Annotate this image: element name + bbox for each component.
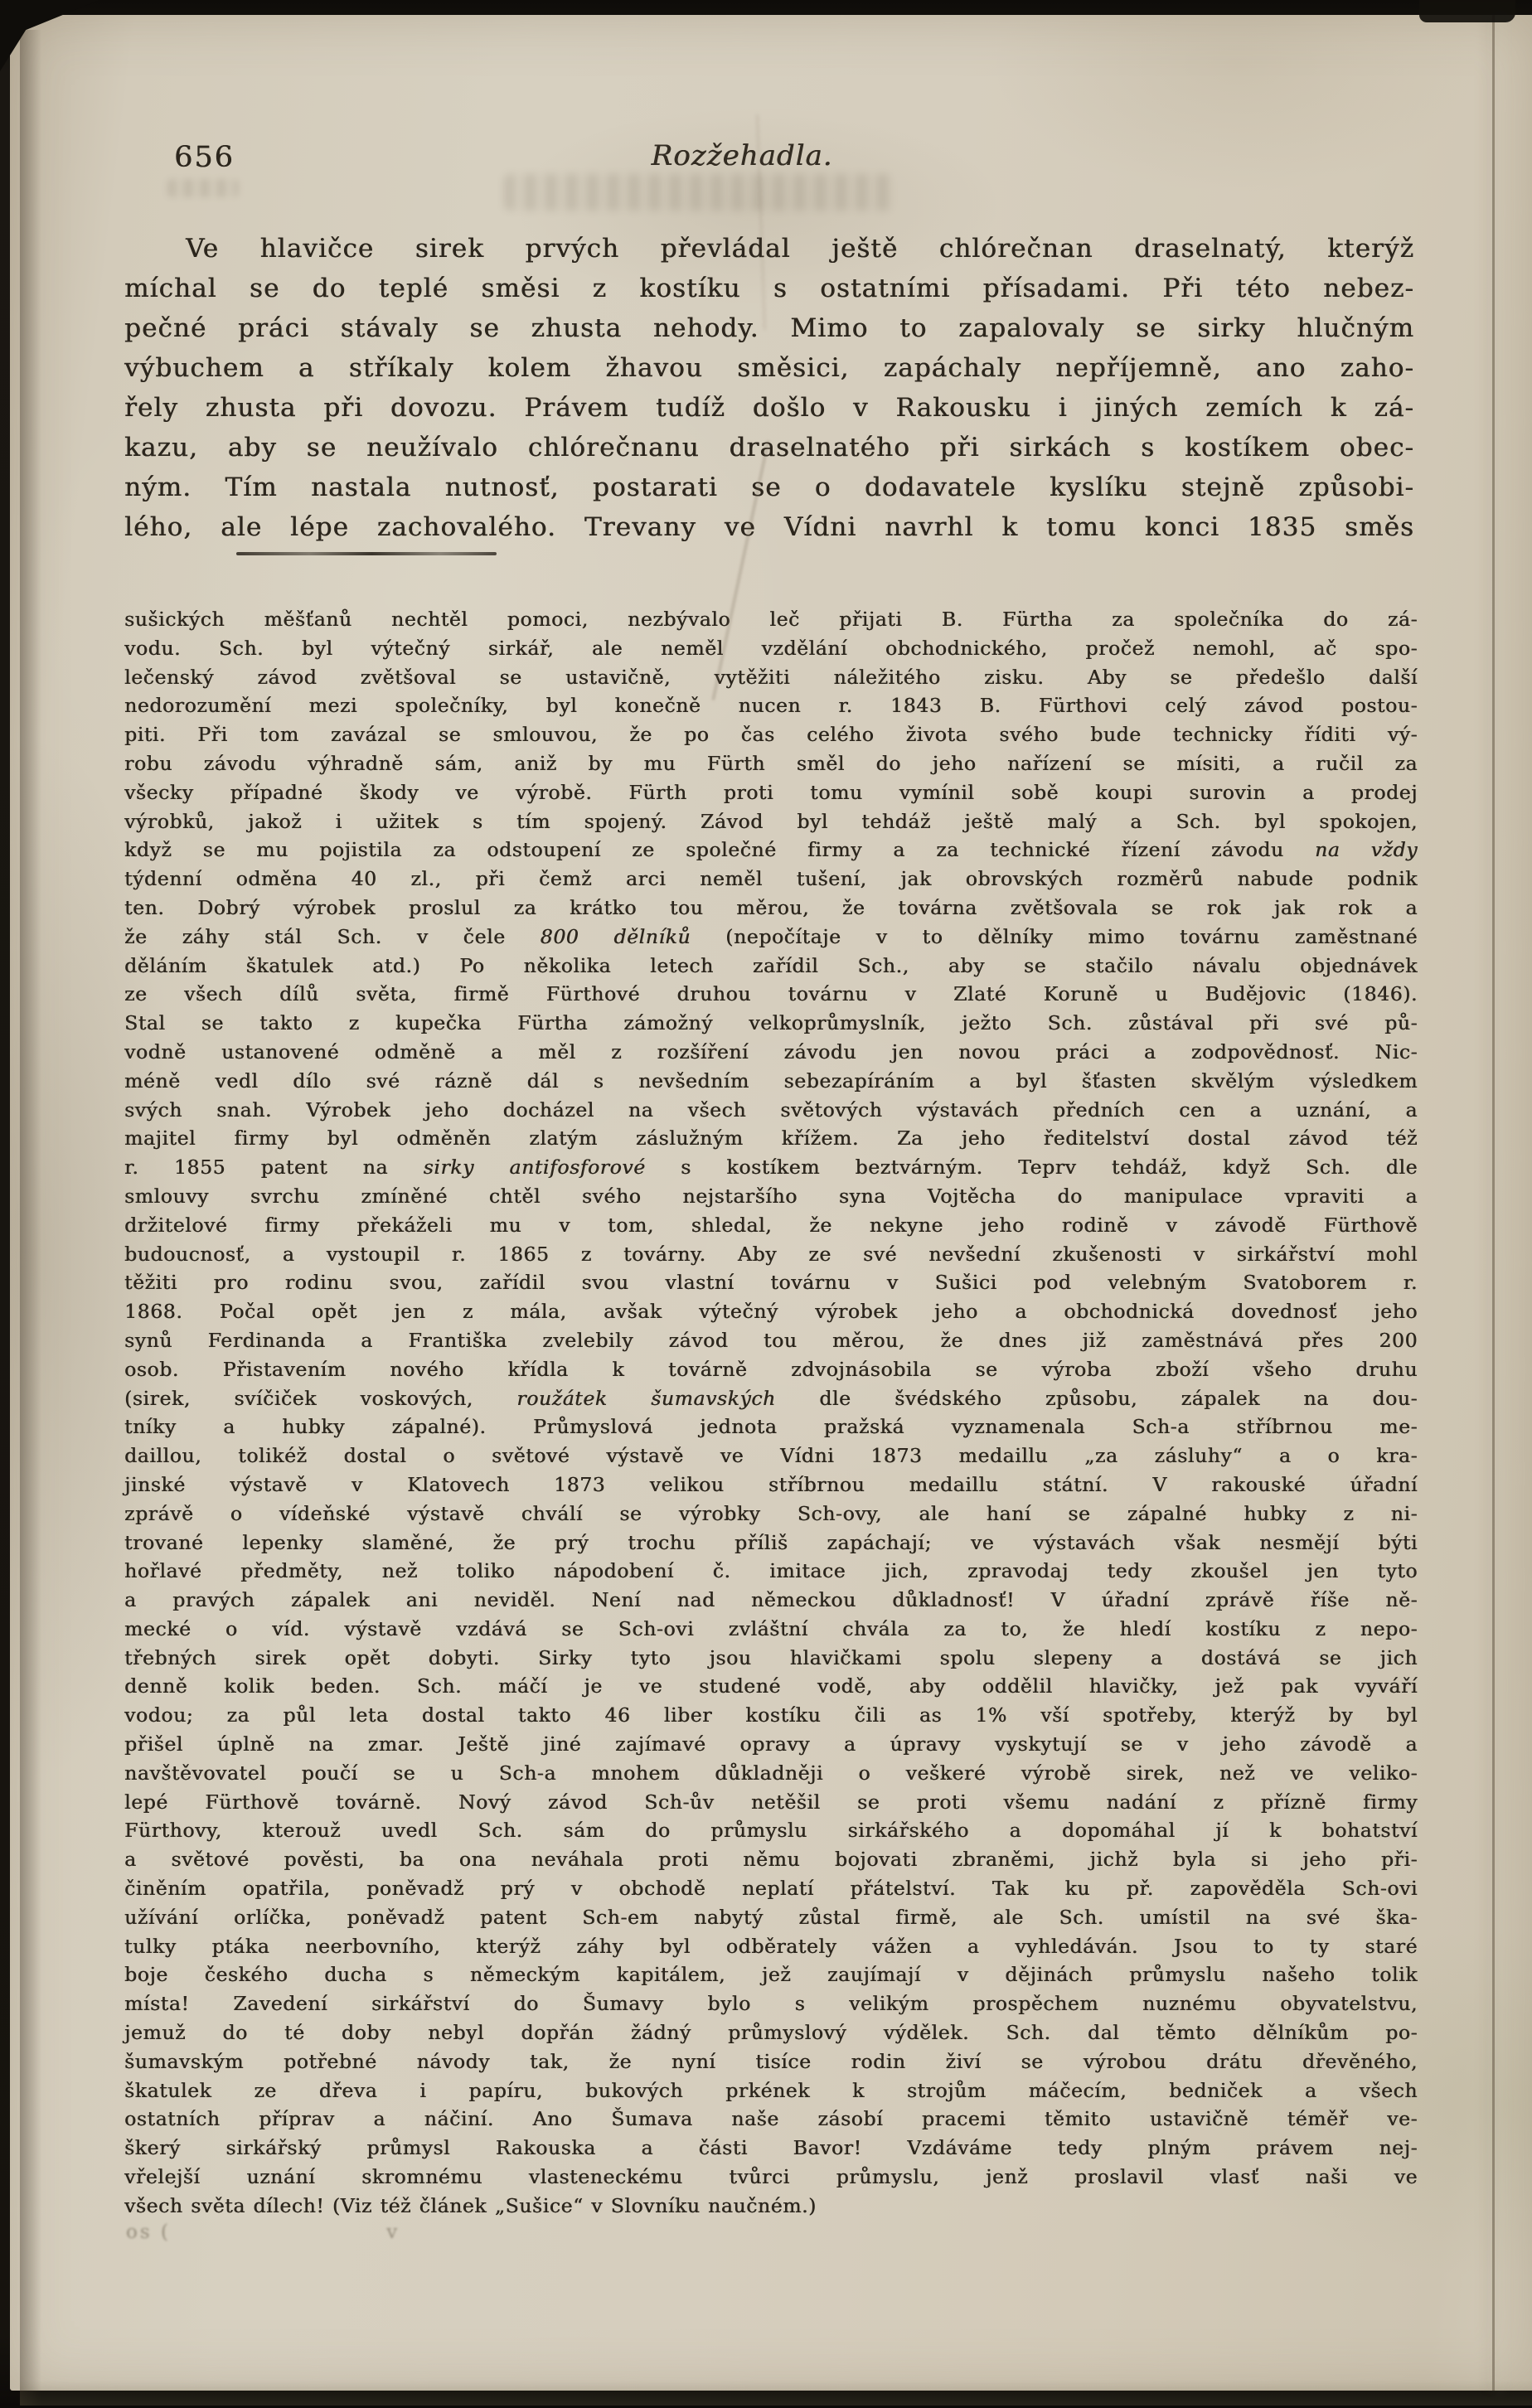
text-line: vodně ustanovené odměně a měl z rozšířen…: [124, 1038, 1418, 1067]
text-line: robu závodu výhradně sám, aniž by mu Für…: [124, 749, 1418, 778]
text-line: škerý sirkářský průmysl Rakouska a části…: [124, 2134, 1418, 2163]
text-line: míchal se do teplé směsi z kostíku s ost…: [124, 269, 1414, 308]
text-line: tníky a hubky zápalné). Průmyslová jedno…: [124, 1412, 1418, 1441]
page-edge-shadow-left: [20, 30, 41, 2406]
text-line: výrobků, jakož i užitek s tím spojený. Z…: [124, 807, 1418, 836]
text-line: hořlavé předměty, než toliko nápodobení …: [124, 1557, 1418, 1586]
page-crease-vertical: [1492, 15, 1495, 2391]
text-line: když se mu pojistila za odstoupení ze sp…: [124, 836, 1418, 865]
text-line: majitel firmy byl odměněn zlatým záslužn…: [124, 1124, 1418, 1153]
text-line: a světové pověsti, ba ona neváhala proti…: [124, 1845, 1418, 1874]
text-line: synů Ferdinanda a Františka zvelebily zá…: [124, 1326, 1418, 1355]
text-line: jinské výstavě v Klatovech 1873 velikou …: [124, 1470, 1418, 1500]
paper-page: 656 Rozžehadla. Ve hlavičce sirek prvých…: [10, 15, 1532, 2391]
text-line: přišel úplně na zmar. Ještě jiné zajímav…: [124, 1730, 1418, 1759]
text-line: méně vedl dílo své rázně dál s nevšedním…: [124, 1067, 1418, 1096]
text-line: (sirek, svíčiček voskových, roužátek šum…: [124, 1384, 1418, 1413]
text-line: místa! Zavedení sirkářství do Šumavy byl…: [124, 1989, 1418, 2018]
text-line: řely zhusta při dovozu. Právem tudíž doš…: [124, 388, 1414, 428]
text-line: daillou, tolikéž dostal o světové výstav…: [124, 1441, 1418, 1470]
text-line: trované lepenky slaměné, že prý trochu p…: [124, 1529, 1418, 1558]
small-print-paragraph: sušických měšťanů nechtěl pomoci, nezbýv…: [124, 605, 1418, 2221]
text-line: kazu, aby se neužívalo chlórečnanu drase…: [124, 428, 1414, 468]
text-line: těžiti pro rodinu svou, zařídil svou vla…: [124, 1268, 1418, 1297]
text-line: že záhy stál Sch. v čele 800 dělníků (ne…: [124, 923, 1418, 952]
text-line: vodou; za půl leta dostal takto 46 liber…: [124, 1701, 1418, 1730]
text-line: lepé Fürthově továrně. Nový závod Sch-ův…: [124, 1788, 1418, 1817]
text-line: nedorozumění mezi společníky, byl konečn…: [124, 691, 1418, 720]
text-line: zprávě o vídeňské výstavě chválí se výro…: [124, 1500, 1418, 1529]
bleed-through-text: os ( v: [126, 2221, 872, 2243]
text-line: Fürthovy, kterouž uvedl Sch. sám do prům…: [124, 1816, 1418, 1845]
text-line: a pravých zápalek ani neviděl. Není nad …: [124, 1586, 1418, 1615]
text-line: vřelejší uznání skromnému vlasteneckému …: [124, 2163, 1418, 2192]
text-line: pečné práci stávaly se zhusta nehody. Mi…: [124, 308, 1414, 348]
bleed-through-fragment: v: [386, 2221, 400, 2243]
page-number: 656: [174, 141, 235, 174]
scanned-book-page: { "colors": { "paper": "#d5cdbd", "ink":…: [0, 0, 1532, 2408]
text-line: tulky ptáka neerbovního, kterýž záhy byl…: [124, 1932, 1418, 1961]
text-line: boje českého ducha s německým kapitálem,…: [124, 1960, 1418, 1989]
text-line: piti. Při tom zavázal se smlouvou, že po…: [124, 720, 1418, 749]
text-line: mecké o víd. výstavě vzdává se Sch-ovi z…: [124, 1615, 1418, 1644]
text-line: třebných sirek opět dobyti. Sirky tyto j…: [124, 1644, 1418, 1673]
text-line: lečenský závod zvětšoval se ustavičně, v…: [124, 663, 1418, 692]
text-line: činěním opatřila, poněvadž prý v obchodě…: [124, 1874, 1418, 1903]
text-line: šumavským potřebné návody tak, že nyní t…: [124, 2047, 1418, 2076]
intro-paragraph: Ve hlavičce sirek prvých převládal ještě…: [124, 229, 1414, 547]
text-line: ze všech dílů světa, firmě Fürthové druh…: [124, 980, 1418, 1009]
text-line: ostatních příprav a náčiní. Ano Šumava n…: [124, 2105, 1418, 2134]
text-line: ten. Dobrý výrobek proslul za krátko tou…: [124, 894, 1418, 923]
text-line: všech světa dílech! (Viz též článek „Suš…: [124, 2192, 1418, 2221]
text-line: ným. Tím nastala nutnosť, postarati se o…: [124, 468, 1414, 507]
bleed-through-smudge: [504, 174, 894, 211]
running-header: Rozžehadla.: [493, 139, 991, 172]
text-line: vodu. Sch. byl výtečný sirkář, ale neměl…: [124, 634, 1418, 663]
text-line: 1868. Počal opět jen z mála, avšak výteč…: [124, 1297, 1418, 1326]
text-line: děláním škatulek atd.) Po několika letec…: [124, 952, 1418, 981]
bleed-through-fragment: os (: [126, 2221, 171, 2243]
text-line: všecky případné škody ve výrobě. Fürth p…: [124, 778, 1418, 807]
text-line: jemuž do té doby nebyl dopřán žádný prům…: [124, 2018, 1418, 2047]
text-line: Ve hlavičce sirek prvých převládal ještě…: [124, 229, 1414, 269]
text-line: výbuchem a stříkaly kolem žhavou směsici…: [124, 348, 1414, 388]
text-line: osob. Přistavením nového křídla k továrn…: [124, 1355, 1418, 1384]
text-line: Stal se takto z kupečka Fürtha zámožný v…: [124, 1009, 1418, 1038]
text-line: sušických měšťanů nechtěl pomoci, nezbýv…: [124, 605, 1418, 634]
text-line: r. 1855 patent na sirky antifosforové s …: [124, 1153, 1418, 1182]
bleed-through-smudge: [167, 179, 239, 197]
text-line: budoucnosť, a vystoupil r. 1865 z továrn…: [124, 1240, 1418, 1269]
text-line: užívání orlíčka, poněvadž patent Sch-em …: [124, 1903, 1418, 1932]
text-line: držitelové firmy překáželi mu v tom, shl…: [124, 1211, 1418, 1240]
text-line: smlouvy svrchu zmíněné chtěl svého nejst…: [124, 1182, 1418, 1211]
scan-frame-notch: [1419, 0, 1515, 22]
page-edge-shadow-bottom: [20, 2381, 1532, 2406]
footnote-separator-rule: [236, 552, 497, 555]
text-line: navštěvovatel poučí se u Sch-a mnohem dů…: [124, 1759, 1418, 1788]
text-line: svých snah. Výrobek jeho docházel na vše…: [124, 1096, 1418, 1125]
text-line: škatulek ze dřeva i papíru, bukových prk…: [124, 2076, 1418, 2105]
text-line: týdenní odměna 40 zl., při čemž arci nem…: [124, 865, 1418, 894]
text-line: denně kolik beden. Sch. máčí je ve stude…: [124, 1672, 1418, 1701]
text-line: lého, ale lépe zachovalého. Trevany ve V…: [124, 507, 1414, 547]
